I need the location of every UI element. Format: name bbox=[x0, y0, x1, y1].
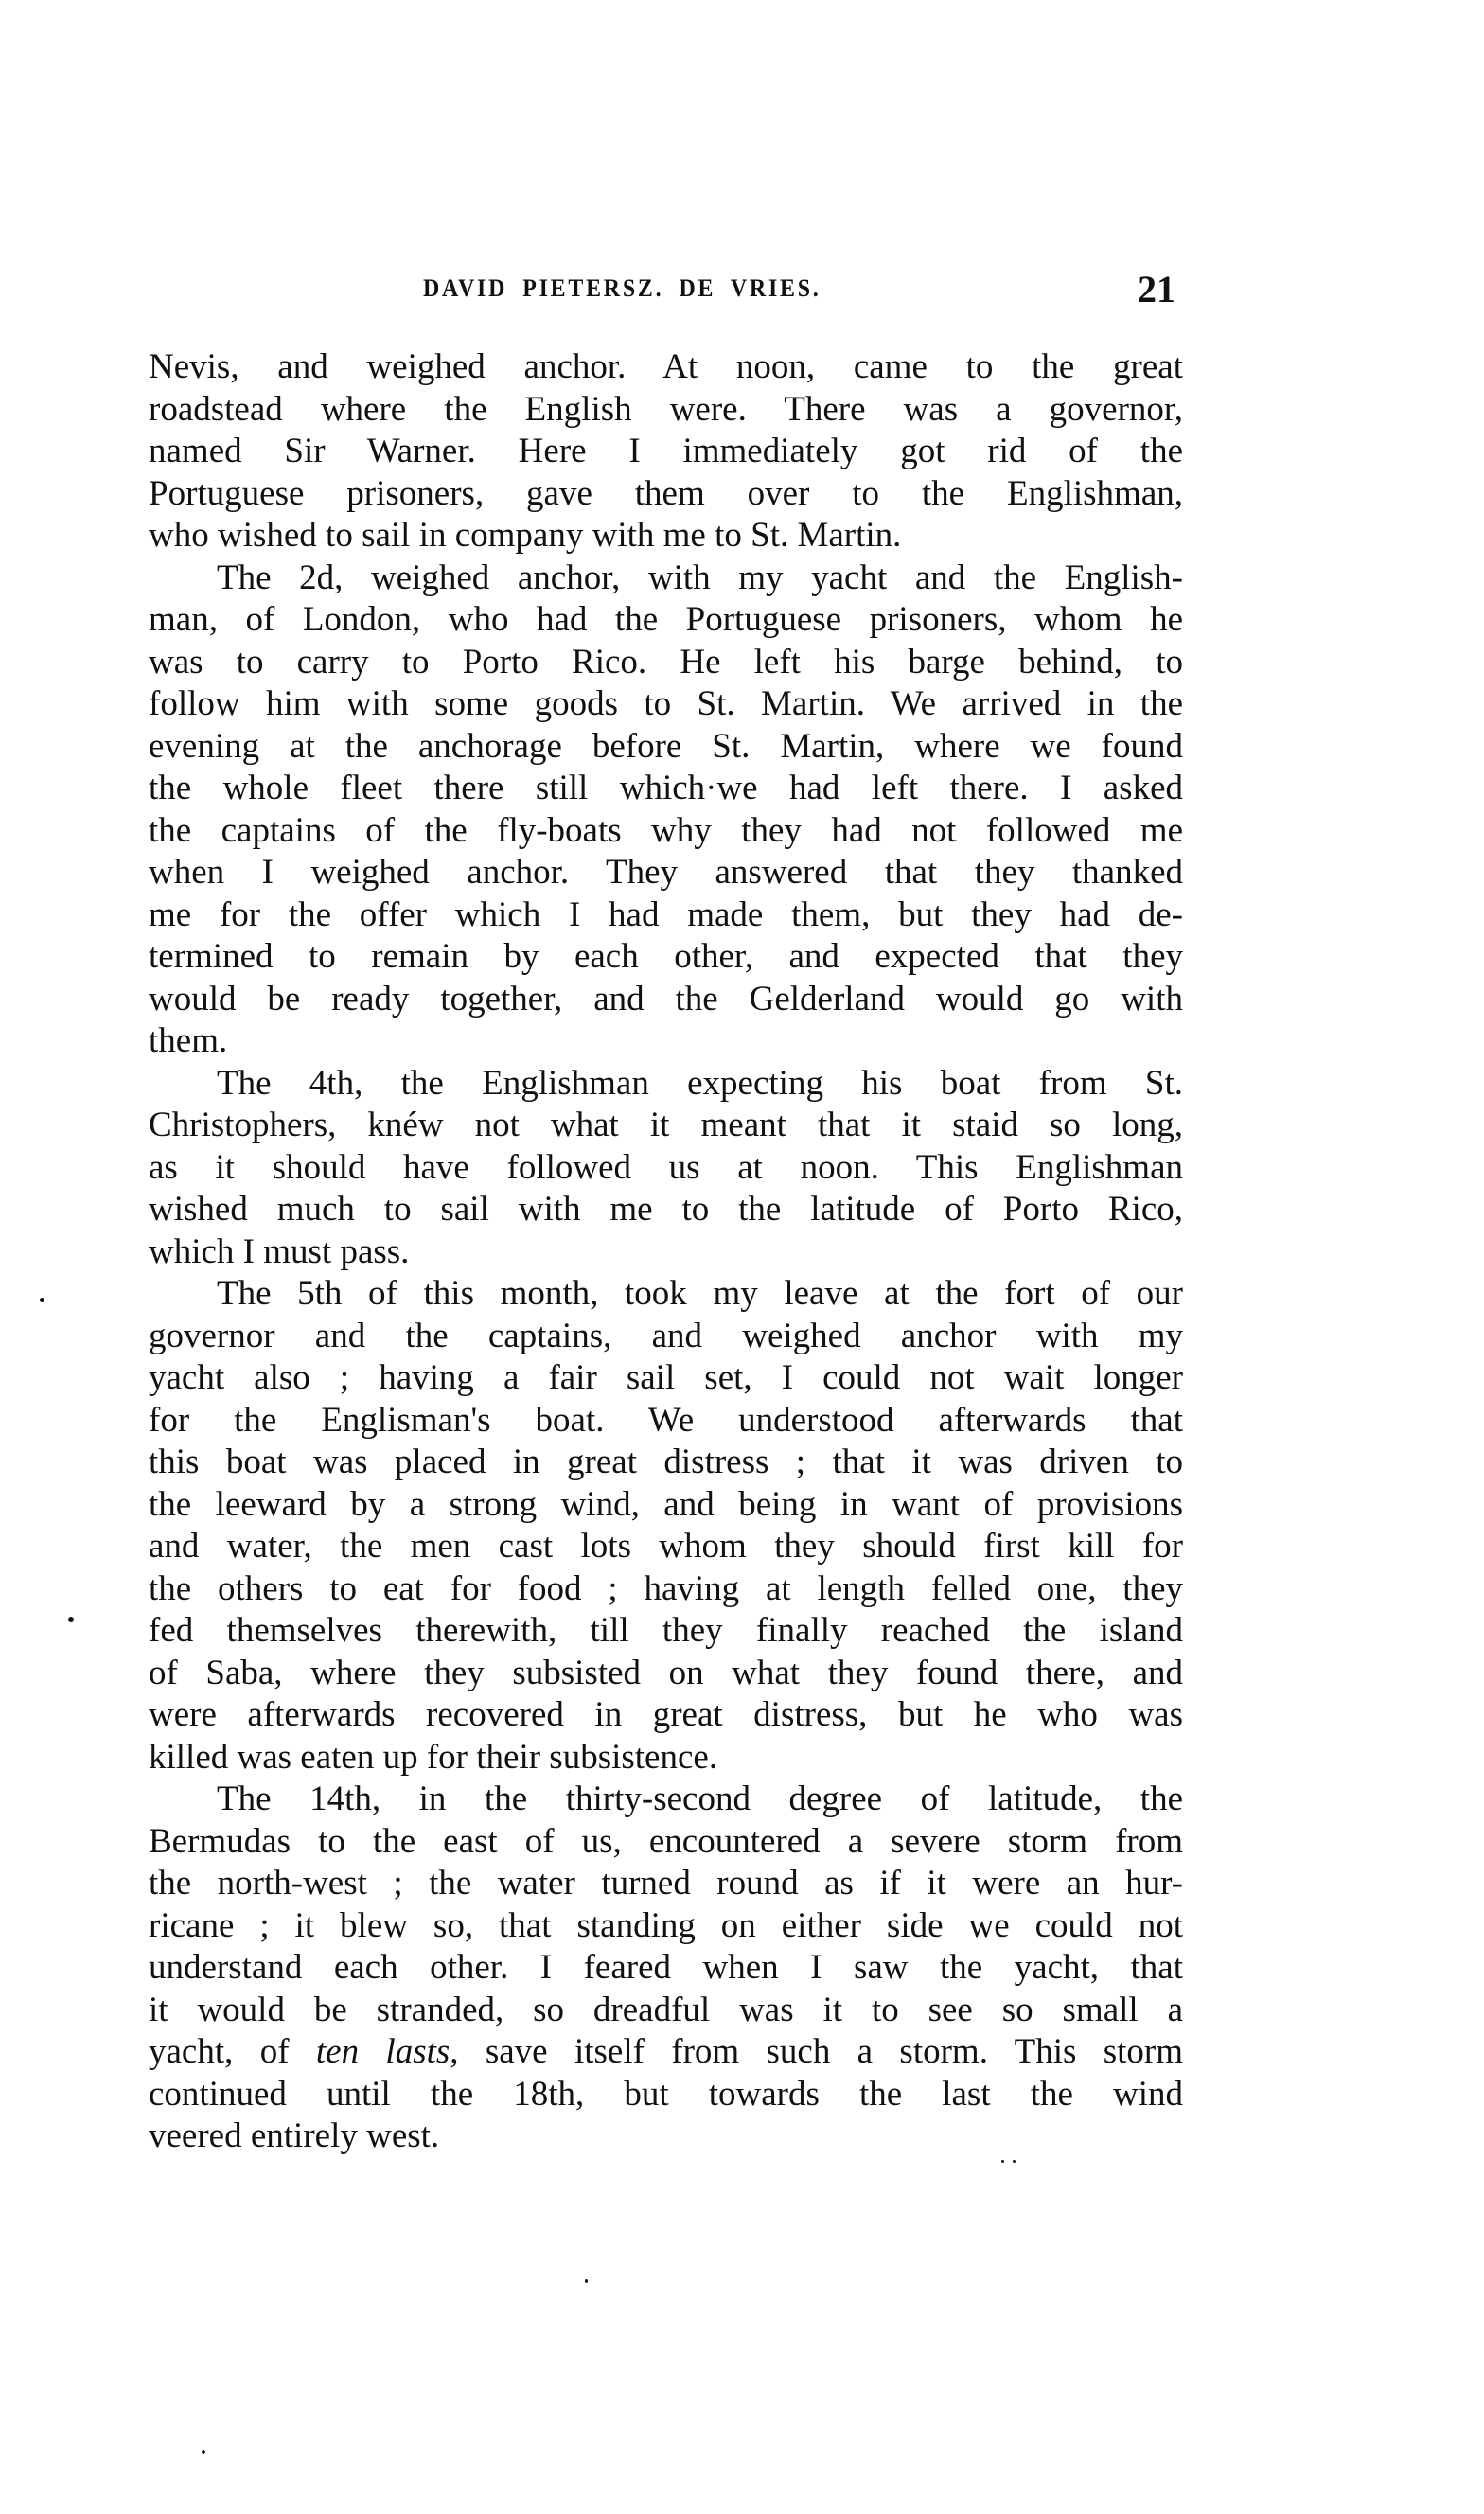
text-line: governor and the captains, and weighed a… bbox=[149, 1316, 1183, 1358]
paragraph: The 14th, in the thirty-second degree of… bbox=[149, 1779, 1183, 2158]
text-line: killed was eaten up for their subsistenc… bbox=[149, 1737, 1183, 1779]
book-page: DAVID PIETERSZ. DE VRIES. 21 Nevis, and … bbox=[0, 0, 1484, 2514]
text-line: me for the offer which I had made them, … bbox=[149, 894, 1183, 937]
text-line: Nevis, and weighed anchor. At noon, came… bbox=[149, 346, 1183, 389]
running-head: DAVID PIETERSZ. DE VRIES. 21 bbox=[149, 269, 1183, 310]
text-line: as it should have followed us at noon. T… bbox=[149, 1147, 1183, 1190]
scan-speck bbox=[1013, 2160, 1016, 2163]
text-line: the leeward by a strong wind, and being … bbox=[149, 1484, 1183, 1527]
text-line: understand each other. I feared when I s… bbox=[149, 1947, 1183, 1990]
paragraph: The 5th of this month, took my leave at … bbox=[149, 1273, 1183, 1779]
paragraph: The 4th, the Englishman expecting his bo… bbox=[149, 1063, 1183, 1274]
text-line: would be ready together, and the Gelderl… bbox=[149, 979, 1183, 1021]
text-line: The 4th, the Englishman expecting his bo… bbox=[149, 1063, 1183, 1106]
text-line: veered entirely west. bbox=[149, 2116, 1183, 2158]
text-line: The 5th of this month, took my leave at … bbox=[149, 1273, 1183, 1316]
text-segment: yacht, of bbox=[149, 2032, 316, 2071]
text-line: the others to eat for food ; having at l… bbox=[149, 1568, 1183, 1611]
text-line: continued until the 18th, but towards th… bbox=[149, 2074, 1183, 2116]
page-number: 21 bbox=[1138, 267, 1175, 311]
text-line: were afterwards recovered in great distr… bbox=[149, 1694, 1183, 1737]
text-line: the whole fleet there still which·we had… bbox=[149, 768, 1183, 810]
text-line: named Sir Warner. Here I immediately got… bbox=[149, 431, 1183, 473]
text-line: Christophers, knéw not what it meant tha… bbox=[149, 1105, 1183, 1147]
text-line: evening at the anchorage before St. Mart… bbox=[149, 726, 1183, 769]
running-title: DAVID PIETERSZ. DE VRIES. bbox=[423, 274, 821, 303]
body-text: Nevis, and weighed anchor. At noon, came… bbox=[149, 346, 1183, 2158]
text-line: when I weighed anchor. They answered tha… bbox=[149, 852, 1183, 894]
text-line: the north-west ; the water turned round … bbox=[149, 1863, 1183, 1905]
text-line: Bermudas to the east of us, encountered … bbox=[149, 1821, 1183, 1864]
text-line: for the Englisman's boat. We understood … bbox=[149, 1400, 1183, 1443]
scan-speck bbox=[1001, 2160, 1004, 2163]
paragraph: Nevis, and weighed anchor. At noon, came… bbox=[149, 346, 1183, 558]
scan-speck bbox=[40, 1298, 44, 1302]
scan-speck bbox=[585, 2279, 588, 2283]
italic-phrase: ten lasts bbox=[316, 2032, 450, 2071]
text-line: them. bbox=[149, 1020, 1183, 1063]
text-line: The 14th, in the thirty-second degree of… bbox=[149, 1779, 1183, 1821]
text-line: roadstead where the English were. There … bbox=[149, 389, 1183, 432]
text-line: yacht also ; having a fair sail set, I c… bbox=[149, 1357, 1183, 1400]
text-line: fed themselves therewith, till they fina… bbox=[149, 1610, 1183, 1653]
text-line: follow him with some goods to St. Martin… bbox=[149, 683, 1183, 726]
text-line: who wished to sail in company with me to… bbox=[149, 515, 1183, 558]
text-line: it would be stranded, so dreadful was it… bbox=[149, 1990, 1183, 2032]
text-line: this boat was placed in great distress ;… bbox=[149, 1442, 1183, 1484]
text-line: which I must pass. bbox=[149, 1231, 1183, 1274]
text-line-with-italic: yacht, of ten lasts, save itself from su… bbox=[149, 2031, 1183, 2074]
text-line: of Saba, where they subsisted on what th… bbox=[149, 1653, 1183, 1695]
text-line: ricane ; it blew so, that standing on ei… bbox=[149, 1905, 1183, 1948]
paragraph: The 2d, weighed anchor, with my yacht an… bbox=[149, 558, 1183, 1063]
text-line: wished much to sail with me to the latit… bbox=[149, 1189, 1183, 1231]
text-line: termined to remain by each other, and ex… bbox=[149, 936, 1183, 979]
text-line: Portuguese prisoners, gave them over to … bbox=[149, 473, 1183, 516]
text-line: The 2d, weighed anchor, with my yacht an… bbox=[149, 558, 1183, 600]
text-segment: , save itself from such a storm. This st… bbox=[450, 2032, 1183, 2071]
text-line: the captains of the fly-boats why they h… bbox=[149, 810, 1183, 853]
scan-speck bbox=[202, 2450, 205, 2454]
text-line: man, of London, who had the Portuguese p… bbox=[149, 599, 1183, 642]
text-line: was to carry to Porto Rico. He left his … bbox=[149, 642, 1183, 684]
text-line: and water, the men cast lots whom they s… bbox=[149, 1526, 1183, 1568]
scan-speck bbox=[68, 1617, 74, 1622]
